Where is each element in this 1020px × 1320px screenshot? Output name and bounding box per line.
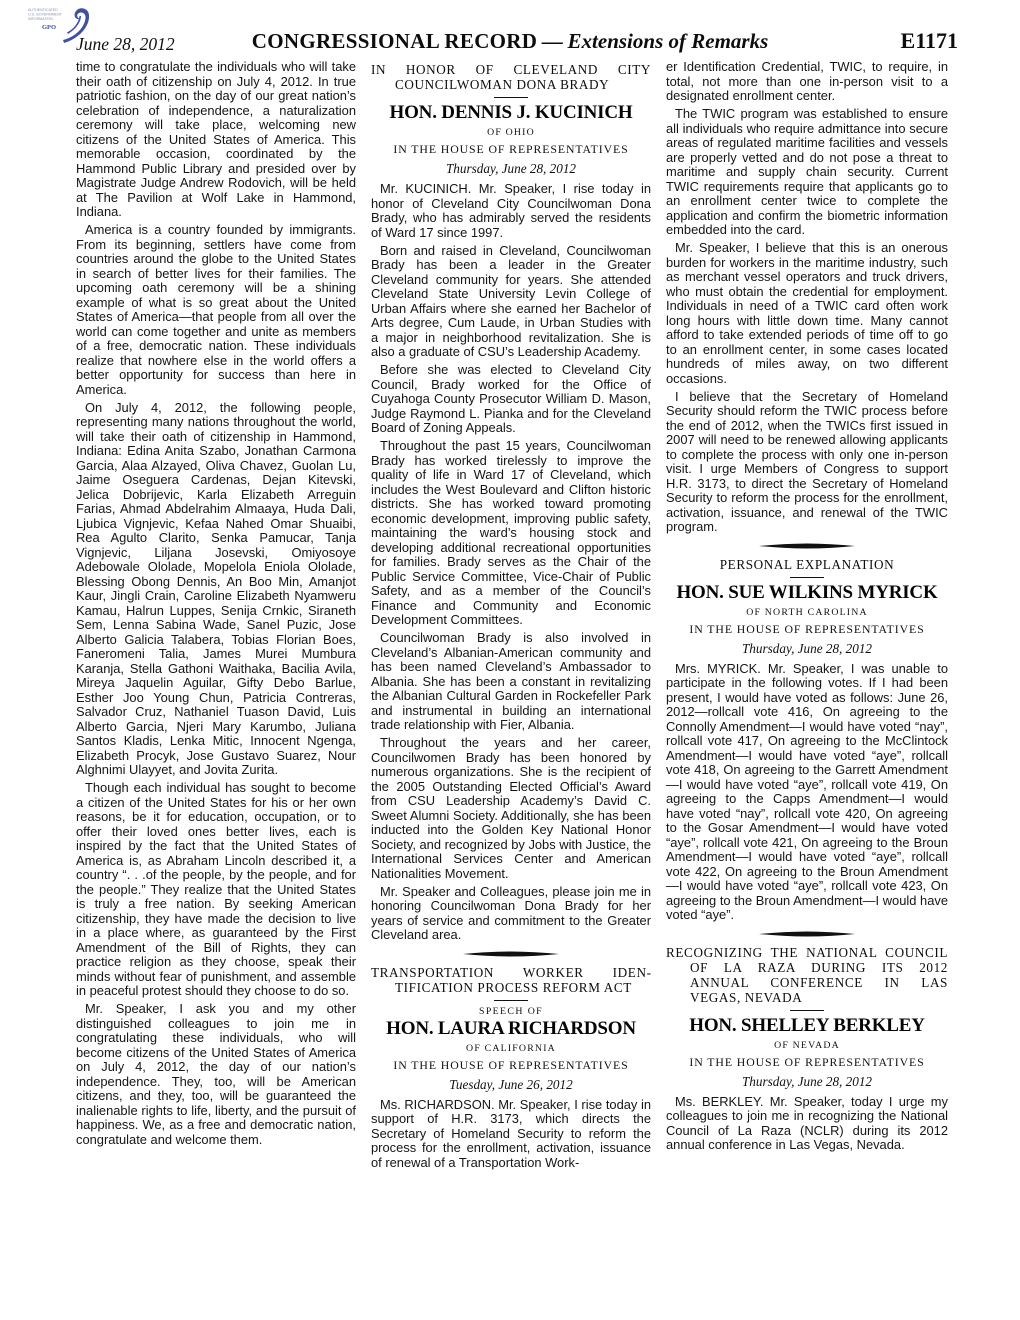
- article-title: IN HONOR OF CLEVELAND CITY COUNCILWOMAN …: [371, 62, 651, 92]
- paragraph: Mr. Speaker, I believe that this is an o…: [666, 241, 948, 386]
- gpo-logo-label: GPO: [42, 24, 56, 31]
- member-chamber: IN THE HOUSE OF REPRESENTATIVES: [666, 1055, 948, 1070]
- paragraph: Councilwoman Brady is also involved in C…: [371, 631, 651, 733]
- title-rule: [790, 577, 824, 578]
- paragraph: I believe that the Secretary of Homeland…: [666, 390, 948, 535]
- member-state: OF CALIFORNIA: [371, 1043, 651, 1054]
- header-title-section: Extensions of Remarks: [568, 29, 769, 53]
- title-rule: [790, 1010, 824, 1011]
- article-twic-header: TRANSPORTATION WORKER IDEN­TIFICATION PR…: [371, 965, 651, 1093]
- header-title-separator: —: [537, 29, 567, 53]
- article-date: Thursday, June 28, 2012: [371, 161, 651, 177]
- three-column-text-block: time to congratulate the individuals who…: [76, 60, 948, 1174]
- member-chamber: IN THE HOUSE OF REPRESENTATIVES: [666, 622, 948, 637]
- title-rule: [494, 1000, 528, 1001]
- header-title-main: CONGRESSIONAL RECORD: [252, 29, 537, 53]
- paragraph: er Identification Credential, TWIC, to r…: [666, 60, 948, 104]
- congressional-record-page: AUTHENTICATED U.S. GOVERNMENT INFORMATIO…: [0, 0, 1020, 1320]
- member-name: HON. SHELLEY BERKLEY: [666, 1016, 948, 1036]
- page-number: E1171: [901, 30, 958, 52]
- paragraph: Ms. RICHARDSON. Mr. Speaker, I rise toda…: [371, 1098, 651, 1171]
- column-3: er Identification Credential, TWIC, to r…: [666, 60, 948, 1174]
- member-chamber: IN THE HOUSE OF REPRESENTATIVES: [371, 142, 651, 157]
- section-divider: [463, 951, 559, 957]
- paragraph: Mr. KUCINICH. Mr. Speaker, I rise today …: [371, 182, 651, 240]
- member-name: HON. DENNIS J. KUCINICH: [371, 103, 651, 123]
- paragraph: time to congratulate the individuals who…: [76, 60, 356, 220]
- paragraph: The TWIC program was established to ensu…: [666, 107, 948, 238]
- column-1: time to congratulate the individuals who…: [76, 60, 356, 1174]
- paragraph: On July 4, 2012, the following people, r…: [76, 401, 356, 778]
- article-date: Tuesday, June 26, 2012: [371, 1077, 651, 1093]
- article-title: PERSONAL EXPLANATION: [666, 557, 948, 572]
- article-date: Thursday, June 28, 2012: [666, 1074, 948, 1090]
- paragraph: America is a country founded by immigran…: [76, 223, 356, 397]
- paragraph: Ms. BERKLEY. Mr. Speaker, today I urge m…: [666, 1095, 948, 1153]
- paragraph: Though each individual has sought to bec…: [76, 781, 356, 999]
- gpo-logo-text-line3: INFORMATION: [28, 17, 53, 21]
- article-title: RECOGNIZING THE NATIONAL COUNCIL OF LA R…: [666, 945, 948, 1005]
- paragraph: Mrs. MYRICK. Mr. Speaker, I was unable t…: [666, 662, 948, 923]
- title-rule: [494, 97, 528, 98]
- article-title: TRANSPORTATION WORKER IDEN­TIFICATION PR…: [371, 965, 651, 995]
- section-divider: [759, 543, 855, 549]
- section-divider: [759, 931, 855, 937]
- paragraph: Before she was elected to Cleveland City…: [371, 363, 651, 436]
- article-nclr-header: RECOGNIZING THE NATIONAL COUNCIL OF LA R…: [666, 945, 948, 1090]
- member-chamber: IN THE HOUSE OF REPRESENTATIVES: [371, 1058, 651, 1073]
- paragraph: Mr. Speaker, I ask you and my other dist…: [76, 1002, 356, 1147]
- member-state: OF OHIO: [371, 127, 651, 138]
- member-name: HON. SUE WILKINS MYRICK: [666, 583, 948, 603]
- member-state: OF NEVADA: [666, 1040, 948, 1051]
- paragraph: Born and raised in Cleveland, Councilwom…: [371, 244, 651, 360]
- gpo-logo-text-line1: AUTHENTICATED: [28, 8, 58, 12]
- article-brady-header: IN HONOR OF CLEVELAND CITY COUNCILWOMAN …: [371, 62, 651, 177]
- speech-of-label: SPEECH OF: [371, 1006, 651, 1017]
- paragraph: Mr. Speaker and Colleagues, please join …: [371, 885, 651, 943]
- member-state: OF NORTH CAROLINA: [666, 607, 948, 618]
- member-name: HON. LAURA RICHARDSON: [371, 1019, 651, 1039]
- article-date: Thursday, June 28, 2012: [666, 641, 948, 657]
- column-2: IN HONOR OF CLEVELAND CITY COUNCILWOMAN …: [371, 60, 651, 1174]
- paragraph: Throughout the years and her career, Cou…: [371, 736, 651, 881]
- paragraph: Throughout the past 15 years, Councilwom…: [371, 439, 651, 628]
- header-title: CONGRESSIONAL RECORD — Extensions of Rem…: [0, 31, 1020, 52]
- gpo-logo-text-line2: U.S. GOVERNMENT: [28, 13, 63, 17]
- article-personal-explanation-header: PERSONAL EXPLANATION HON. SUE WILKINS MY…: [666, 557, 948, 657]
